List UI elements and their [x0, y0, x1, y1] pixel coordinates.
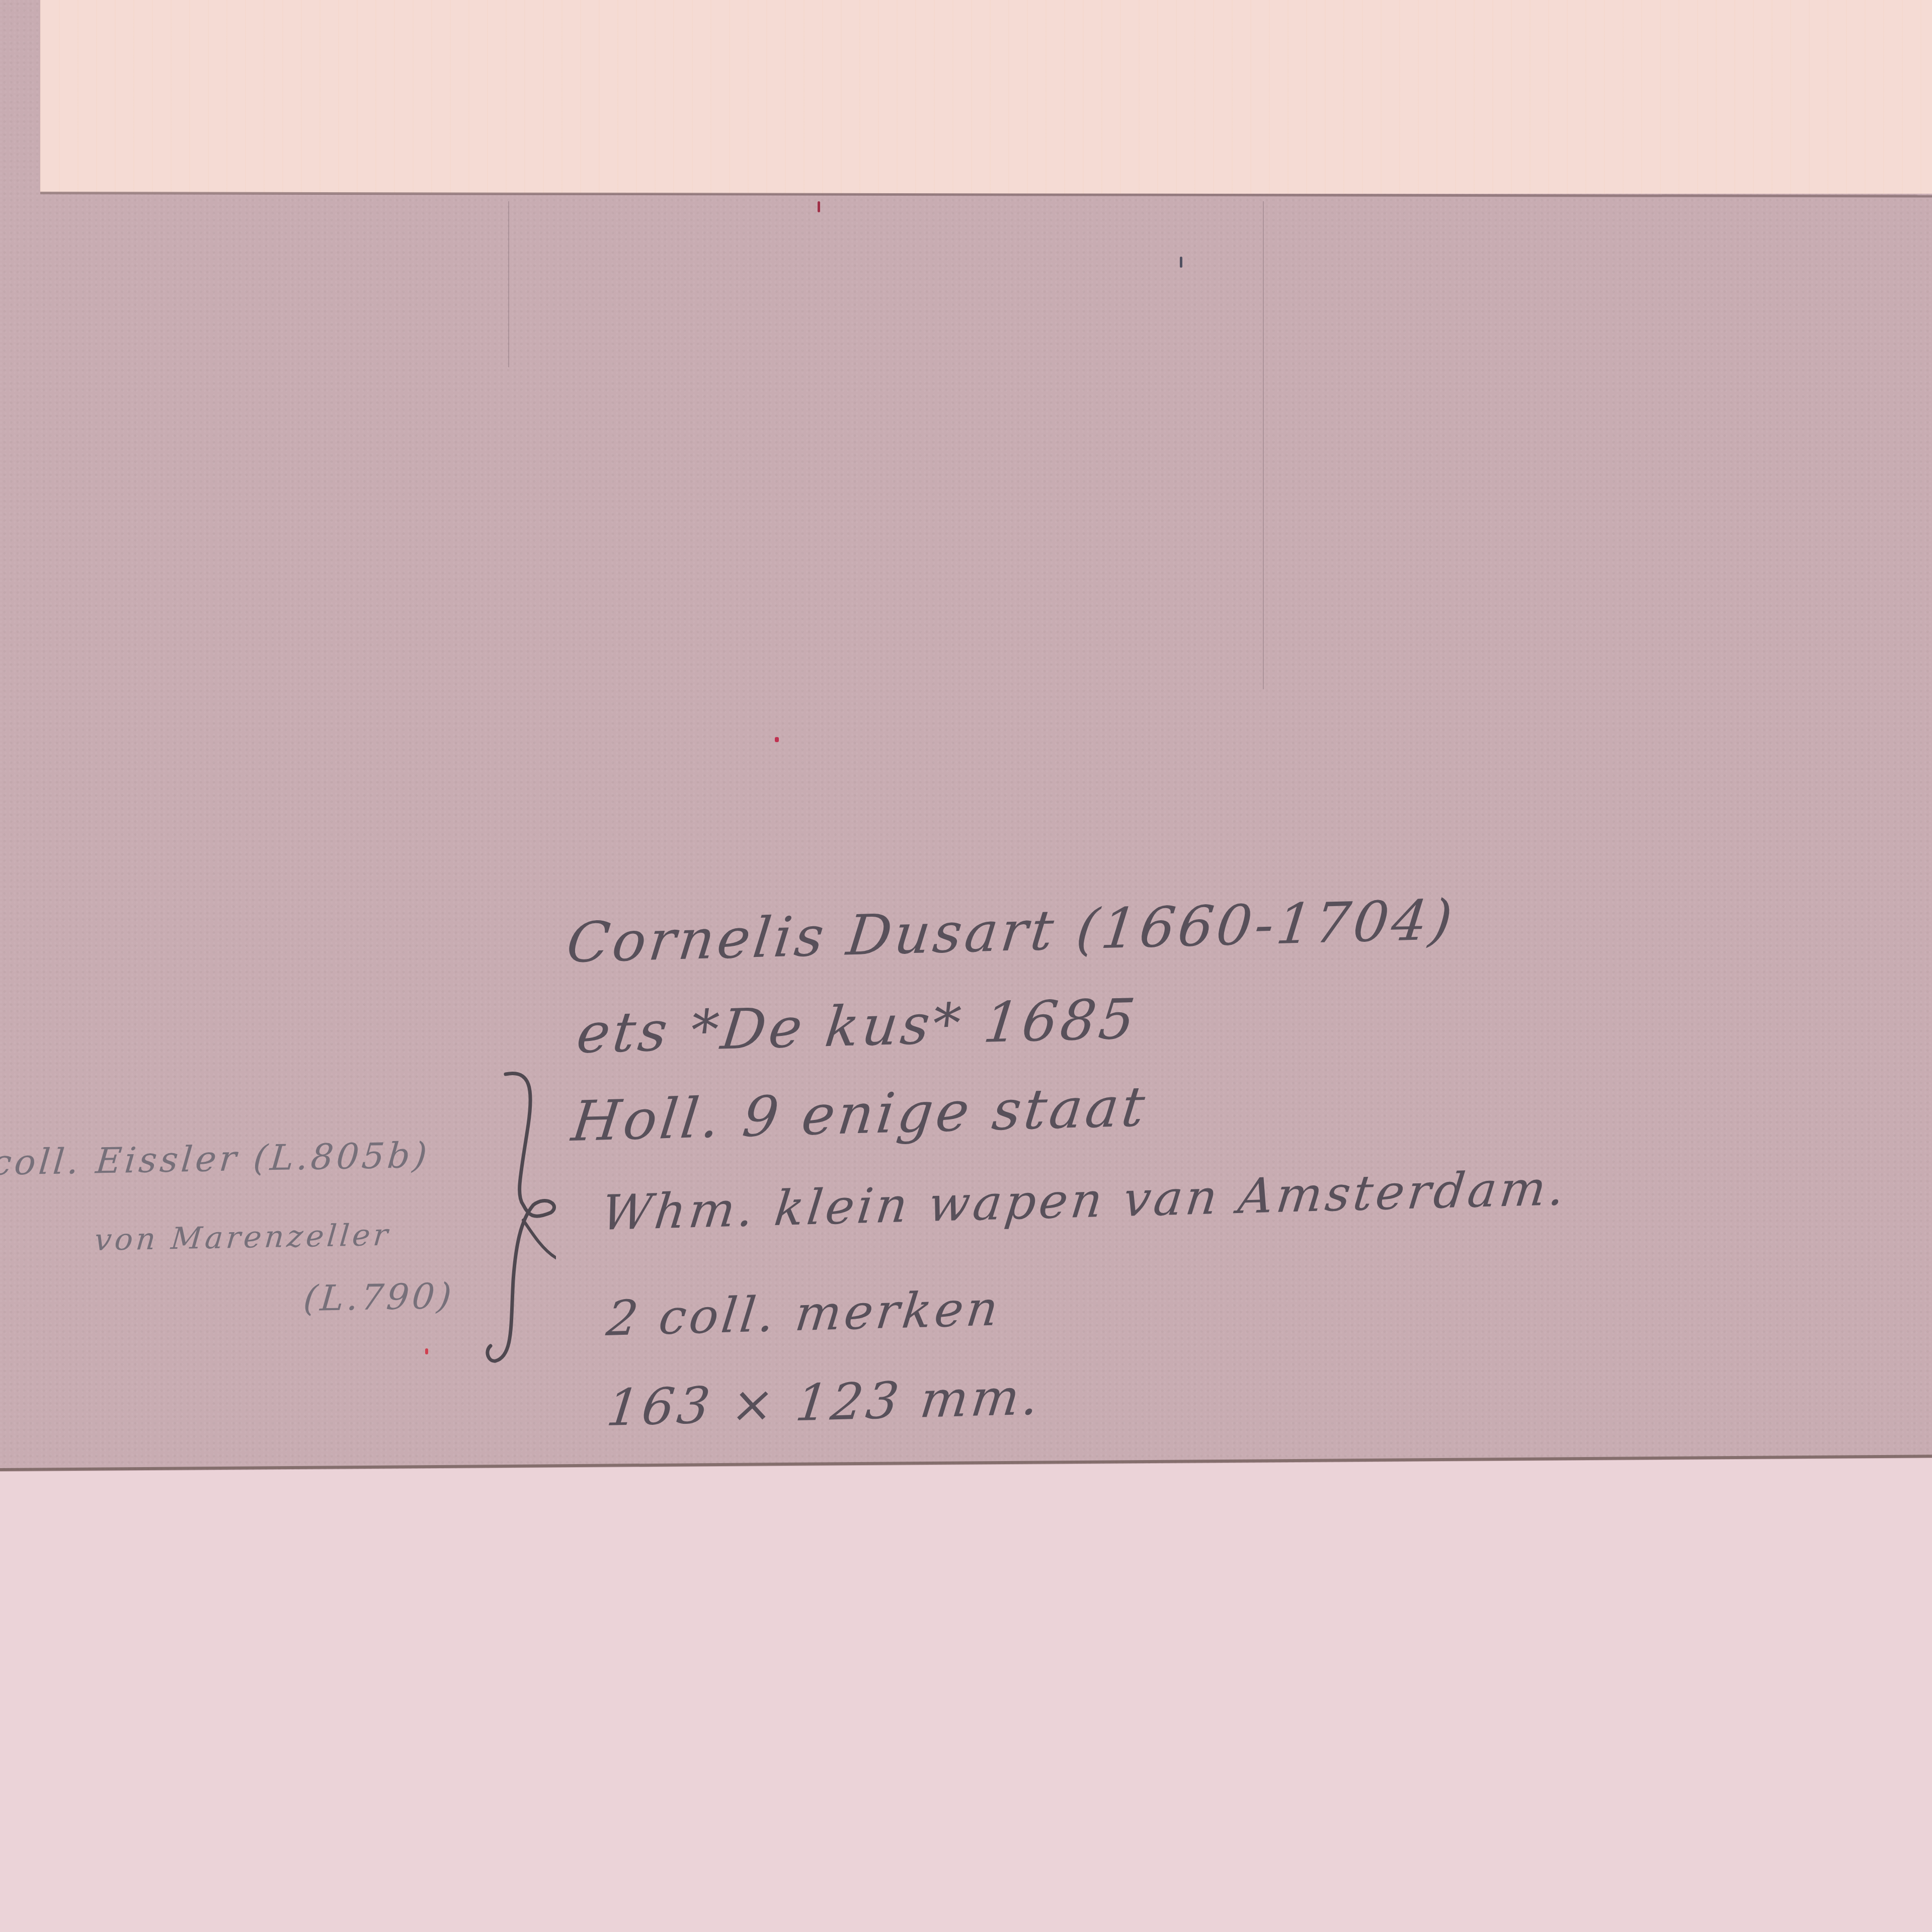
crease-line — [1263, 201, 1264, 689]
annotation-provenance-eissler: coll. Eissler (L.805b) — [0, 1135, 432, 1183]
curly-brace-icon — [486, 1054, 556, 1381]
red-fiber-speck — [425, 1348, 428, 1354]
annotation-collector-marks: 2 coll. merken — [604, 1280, 1004, 1347]
red-fiber-speck — [775, 737, 779, 742]
dark-fiber-speck — [1180, 257, 1182, 268]
annotation-provenance-lugt: (L.790) — [302, 1275, 456, 1319]
top-paper-sheet — [40, 0, 1932, 194]
red-fiber-speck — [818, 201, 820, 212]
crease-line — [508, 201, 509, 367]
annotation-dimensions: 163 × 123 mm. — [604, 1367, 1045, 1437]
annotation-provenance-marenzeller: von Marenzeller — [93, 1218, 392, 1258]
